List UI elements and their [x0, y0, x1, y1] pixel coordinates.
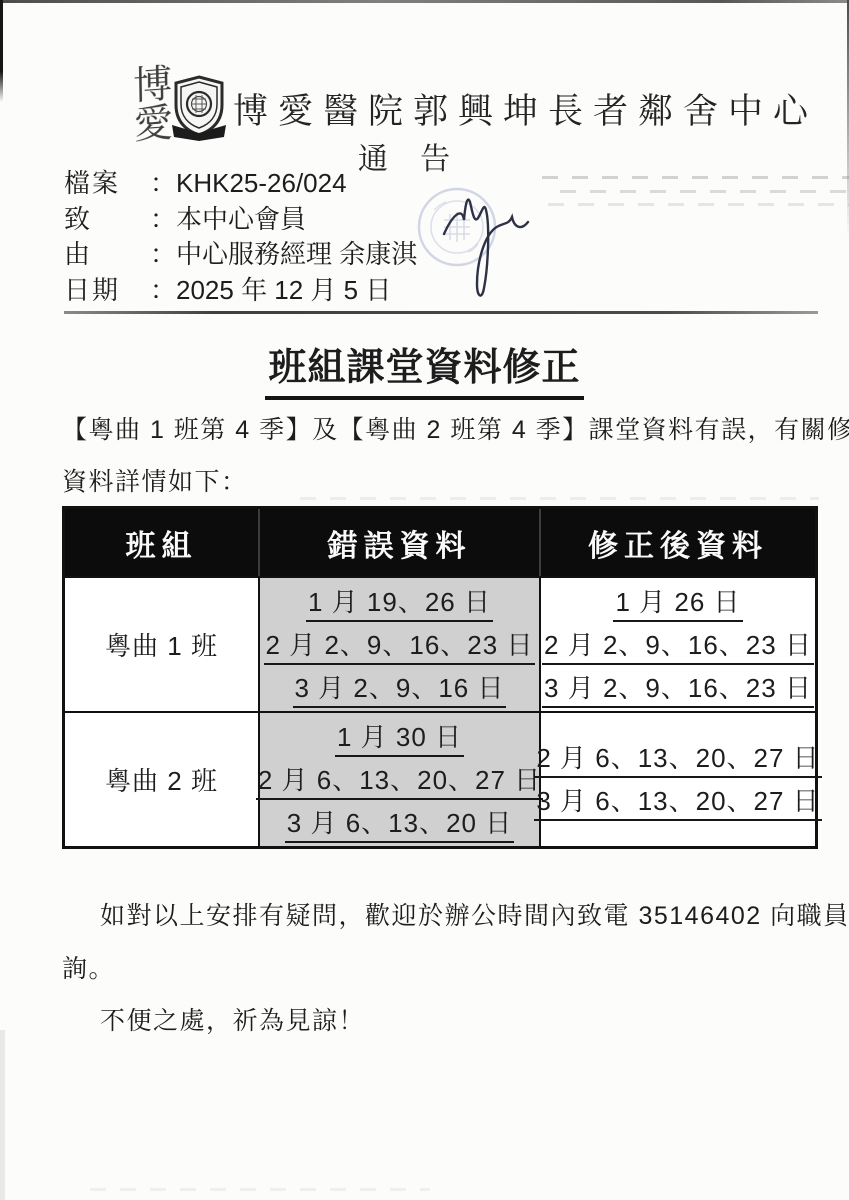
meta-label: 由	[64, 234, 150, 271]
wrong-date-line: 1 月 19、26 日	[306, 582, 493, 622]
corrected-date-line: 3 月 2、9、16、23 日	[542, 668, 814, 708]
scan-edge-top	[0, 0, 849, 3]
table-row-corrected-cell: 1 月 26 日 2 月 2、9、16、23 日 3 月 2、9、16、23 日	[539, 576, 815, 711]
meta-label: 日期	[64, 270, 150, 307]
wrong-date-line: 2 月 2、9、16、23 日	[264, 625, 536, 665]
corrected-date-line: 2 月 2、9、16、23 日	[542, 625, 814, 665]
wrong-date-line: 3 月 2、9、16 日	[293, 668, 507, 708]
scan-streak	[542, 176, 849, 179]
meta-row-file: 檔案 ：KHK25-26/024	[64, 164, 417, 200]
scan-edge-left-lower	[0, 1030, 5, 1200]
intro-paragraph-line1: 【粵曲 1 班第 4 季】及【粵曲 2 班第 4 季】課堂資料有誤，有關修正	[62, 410, 802, 446]
scan-streak	[90, 1188, 430, 1191]
meta-row-from: 由 ：中心服務經理 余康淇	[64, 235, 417, 271]
table-row-corrected-cell: 2 月 6、13、20、27 日 3 月 6、13、20、27 日	[539, 711, 815, 846]
pok-oi-calligraphy-logo: 博愛	[125, 62, 172, 143]
inquiry-line1: 如對以上安排有疑問，歡迎於辦公時間內致電 35146402 向職員查	[100, 896, 849, 932]
meta-value: ：KHK25-26/024	[150, 163, 347, 200]
notice-title: 班組課堂資料修正	[265, 336, 583, 400]
meta-label: 檔案	[64, 163, 150, 200]
wrong-date-line: 1 月 30 日	[335, 717, 464, 757]
correction-table: 班組 錯誤資料 修正後資料 粵曲 1 班 1 月 19、26 日 2 月 2、9…	[62, 506, 818, 849]
handwritten-signature-icon	[438, 176, 556, 318]
meta-label: 致	[64, 199, 150, 236]
org-name: 博愛醫院郭興坤長者鄰舍中心	[233, 84, 818, 134]
meta-value: ：本中心會員	[150, 199, 306, 236]
col-header-wrong: 錯誤資料	[258, 509, 539, 576]
corrected-date-line: 2 月 6、13、20、27 日	[534, 738, 821, 778]
col-header-corrected: 修正後資料	[539, 509, 815, 576]
meta-value: ：中心服務經理 余康淇	[150, 234, 417, 271]
wrong-date-line: 3 月 6、13、20 日	[285, 803, 514, 843]
apology-line: 不便之處，祈為見諒！	[100, 1001, 365, 1037]
group-name: 粵曲 1 班	[105, 626, 218, 663]
table-row-wrong-cell: 1 月 19、26 日 2 月 2、9、16、23 日 3 月 2、9、16 日	[258, 576, 539, 711]
scan-streak	[548, 203, 849, 206]
scanned-notice-document: 博愛 博愛醫院郭興坤長者鄰舍中心 通 告 檔案 ：KHK25-26/024 致 …	[0, 0, 849, 1200]
scan-streak	[560, 190, 849, 193]
corrected-date-line: 3 月 6、13、20、27 日	[534, 781, 821, 821]
inquiry-line2: 詢。	[62, 949, 115, 985]
section-divider	[64, 311, 818, 314]
intro-paragraph-line2: 資料詳情如下：	[62, 462, 802, 498]
meta-row-date: 日期 ：2025 年 12 月 5 日	[64, 271, 417, 307]
col-header-group: 班組	[65, 509, 258, 576]
memo-meta: 檔案 ：KHK25-26/024 致 ：本中心會員 由 ：中心服務經理 余康淇 …	[64, 164, 417, 306]
corrected-date-line: 1 月 26 日	[613, 582, 742, 622]
meta-row-to: 致 ：本中心會員	[64, 200, 417, 236]
pok-oi-crest-icon	[170, 74, 228, 144]
table-row-group-cell: 粵曲 2 班	[65, 711, 258, 846]
table-row-group-cell: 粵曲 1 班	[65, 576, 258, 711]
wrong-date-line: 2 月 6、13、20、27 日	[256, 760, 543, 800]
meta-value: ：2025 年 12 月 5 日	[150, 270, 391, 307]
group-name: 粵曲 2 班	[105, 761, 218, 798]
notice-title-wrap: 班組課堂資料修正	[0, 336, 849, 400]
scan-edge-left	[0, 0, 3, 102]
table-row-wrong-cell: 1 月 30 日 2 月 6、13、20、27 日 3 月 6、13、20 日	[258, 711, 539, 846]
